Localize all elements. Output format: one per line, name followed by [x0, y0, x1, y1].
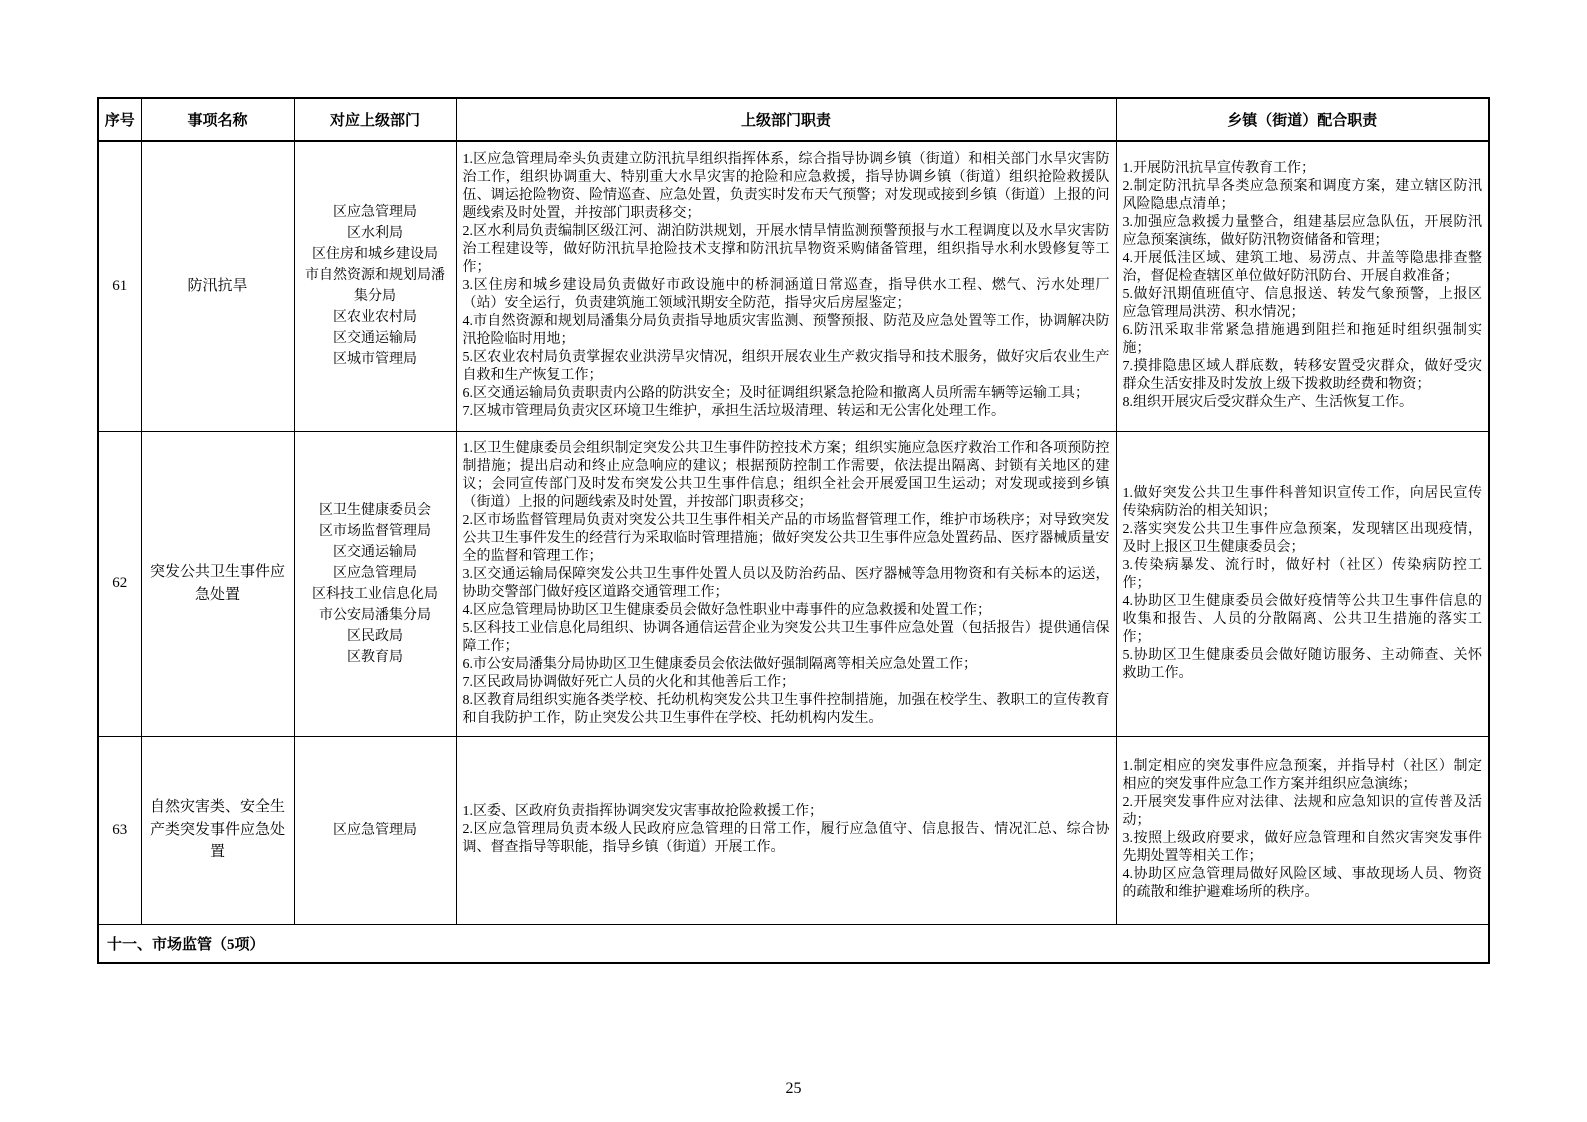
page-number: 25	[0, 1080, 1587, 1098]
item-name: 防汛抗旱	[141, 141, 294, 431]
document-page: 序号 事项名称 对应上级部门 上级部门职责 乡镇（街道）配合职责 61 防汛抗旱…	[0, 0, 1587, 1122]
table-row-61: 61 防汛抗旱 区应急管理局 区水利局 区住房和城乡建设局 市自然资源和规划局潘…	[98, 141, 1489, 431]
responsibility-table-wrap: 序号 事项名称 对应上级部门 上级部门职责 乡镇（街道）配合职责 61 防汛抗旱…	[97, 97, 1488, 964]
header-departments: 对应上级部门	[294, 98, 456, 141]
section-footer-label: 十一、市场监管（5项）	[98, 924, 1489, 963]
township-duties-cell: 1.做好突发公共卫生事件科普知识宣传工作，向居民宣传传染病防治的相关知识； 2.…	[1116, 431, 1489, 736]
table-header-row: 序号 事项名称 对应上级部门 上级部门职责 乡镇（街道）配合职责	[98, 98, 1489, 141]
header-index: 序号	[98, 98, 141, 141]
header-superior-duties: 上级部门职责	[456, 98, 1116, 141]
table-row-62: 62 突发公共卫生事件应急处置 区卫生健康委员会 区市场监督管理局 区交通运输局…	[98, 431, 1489, 736]
responsibility-table: 序号 事项名称 对应上级部门 上级部门职责 乡镇（街道）配合职责 61 防汛抗旱…	[97, 97, 1490, 964]
section-footer-row: 十一、市场监管（5项）	[98, 924, 1489, 963]
table-row-63: 63 自然灾害类、安全生产类突发事件应急处置 区应急管理局 1.区委、区政府负责…	[98, 736, 1489, 924]
header-item-name: 事项名称	[141, 98, 294, 141]
superior-duties-cell: 1.区应急管理局牵头负责建立防汛抗旱组织指挥体系，综合指导协调乡镇（街道）和相关…	[456, 141, 1116, 431]
row-index: 61	[98, 141, 141, 431]
departments-cell: 区应急管理局	[294, 736, 456, 924]
row-index: 63	[98, 736, 141, 924]
township-duties-cell: 1.制定相应的突发事件应急预案，并指导村（社区）制定相应的突发事件应急工作方案并…	[1116, 736, 1489, 924]
row-index: 62	[98, 431, 141, 736]
superior-duties-cell: 1.区卫生健康委员会组织制定突发公共卫生事件防控技术方案；组织实施应急医疗救治工…	[456, 431, 1116, 736]
departments-cell: 区应急管理局 区水利局 区住房和城乡建设局 市自然资源和规划局潘集分局 区农业农…	[294, 141, 456, 431]
township-duties-cell: 1.开展防汛抗旱宣传教育工作； 2.制定防汛抗旱各类应急预案和调度方案，建立辖区…	[1116, 141, 1489, 431]
departments-cell: 区卫生健康委员会 区市场监督管理局 区交通运输局 区应急管理局 区科技工业信息化…	[294, 431, 456, 736]
superior-duties-cell: 1.区委、区政府负责指挥协调突发灾害事故抢险救援工作； 2.区应急管理局负责本级…	[456, 736, 1116, 924]
item-name: 突发公共卫生事件应急处置	[141, 431, 294, 736]
header-township-duties: 乡镇（街道）配合职责	[1116, 98, 1489, 141]
item-name: 自然灾害类、安全生产类突发事件应急处置	[141, 736, 294, 924]
